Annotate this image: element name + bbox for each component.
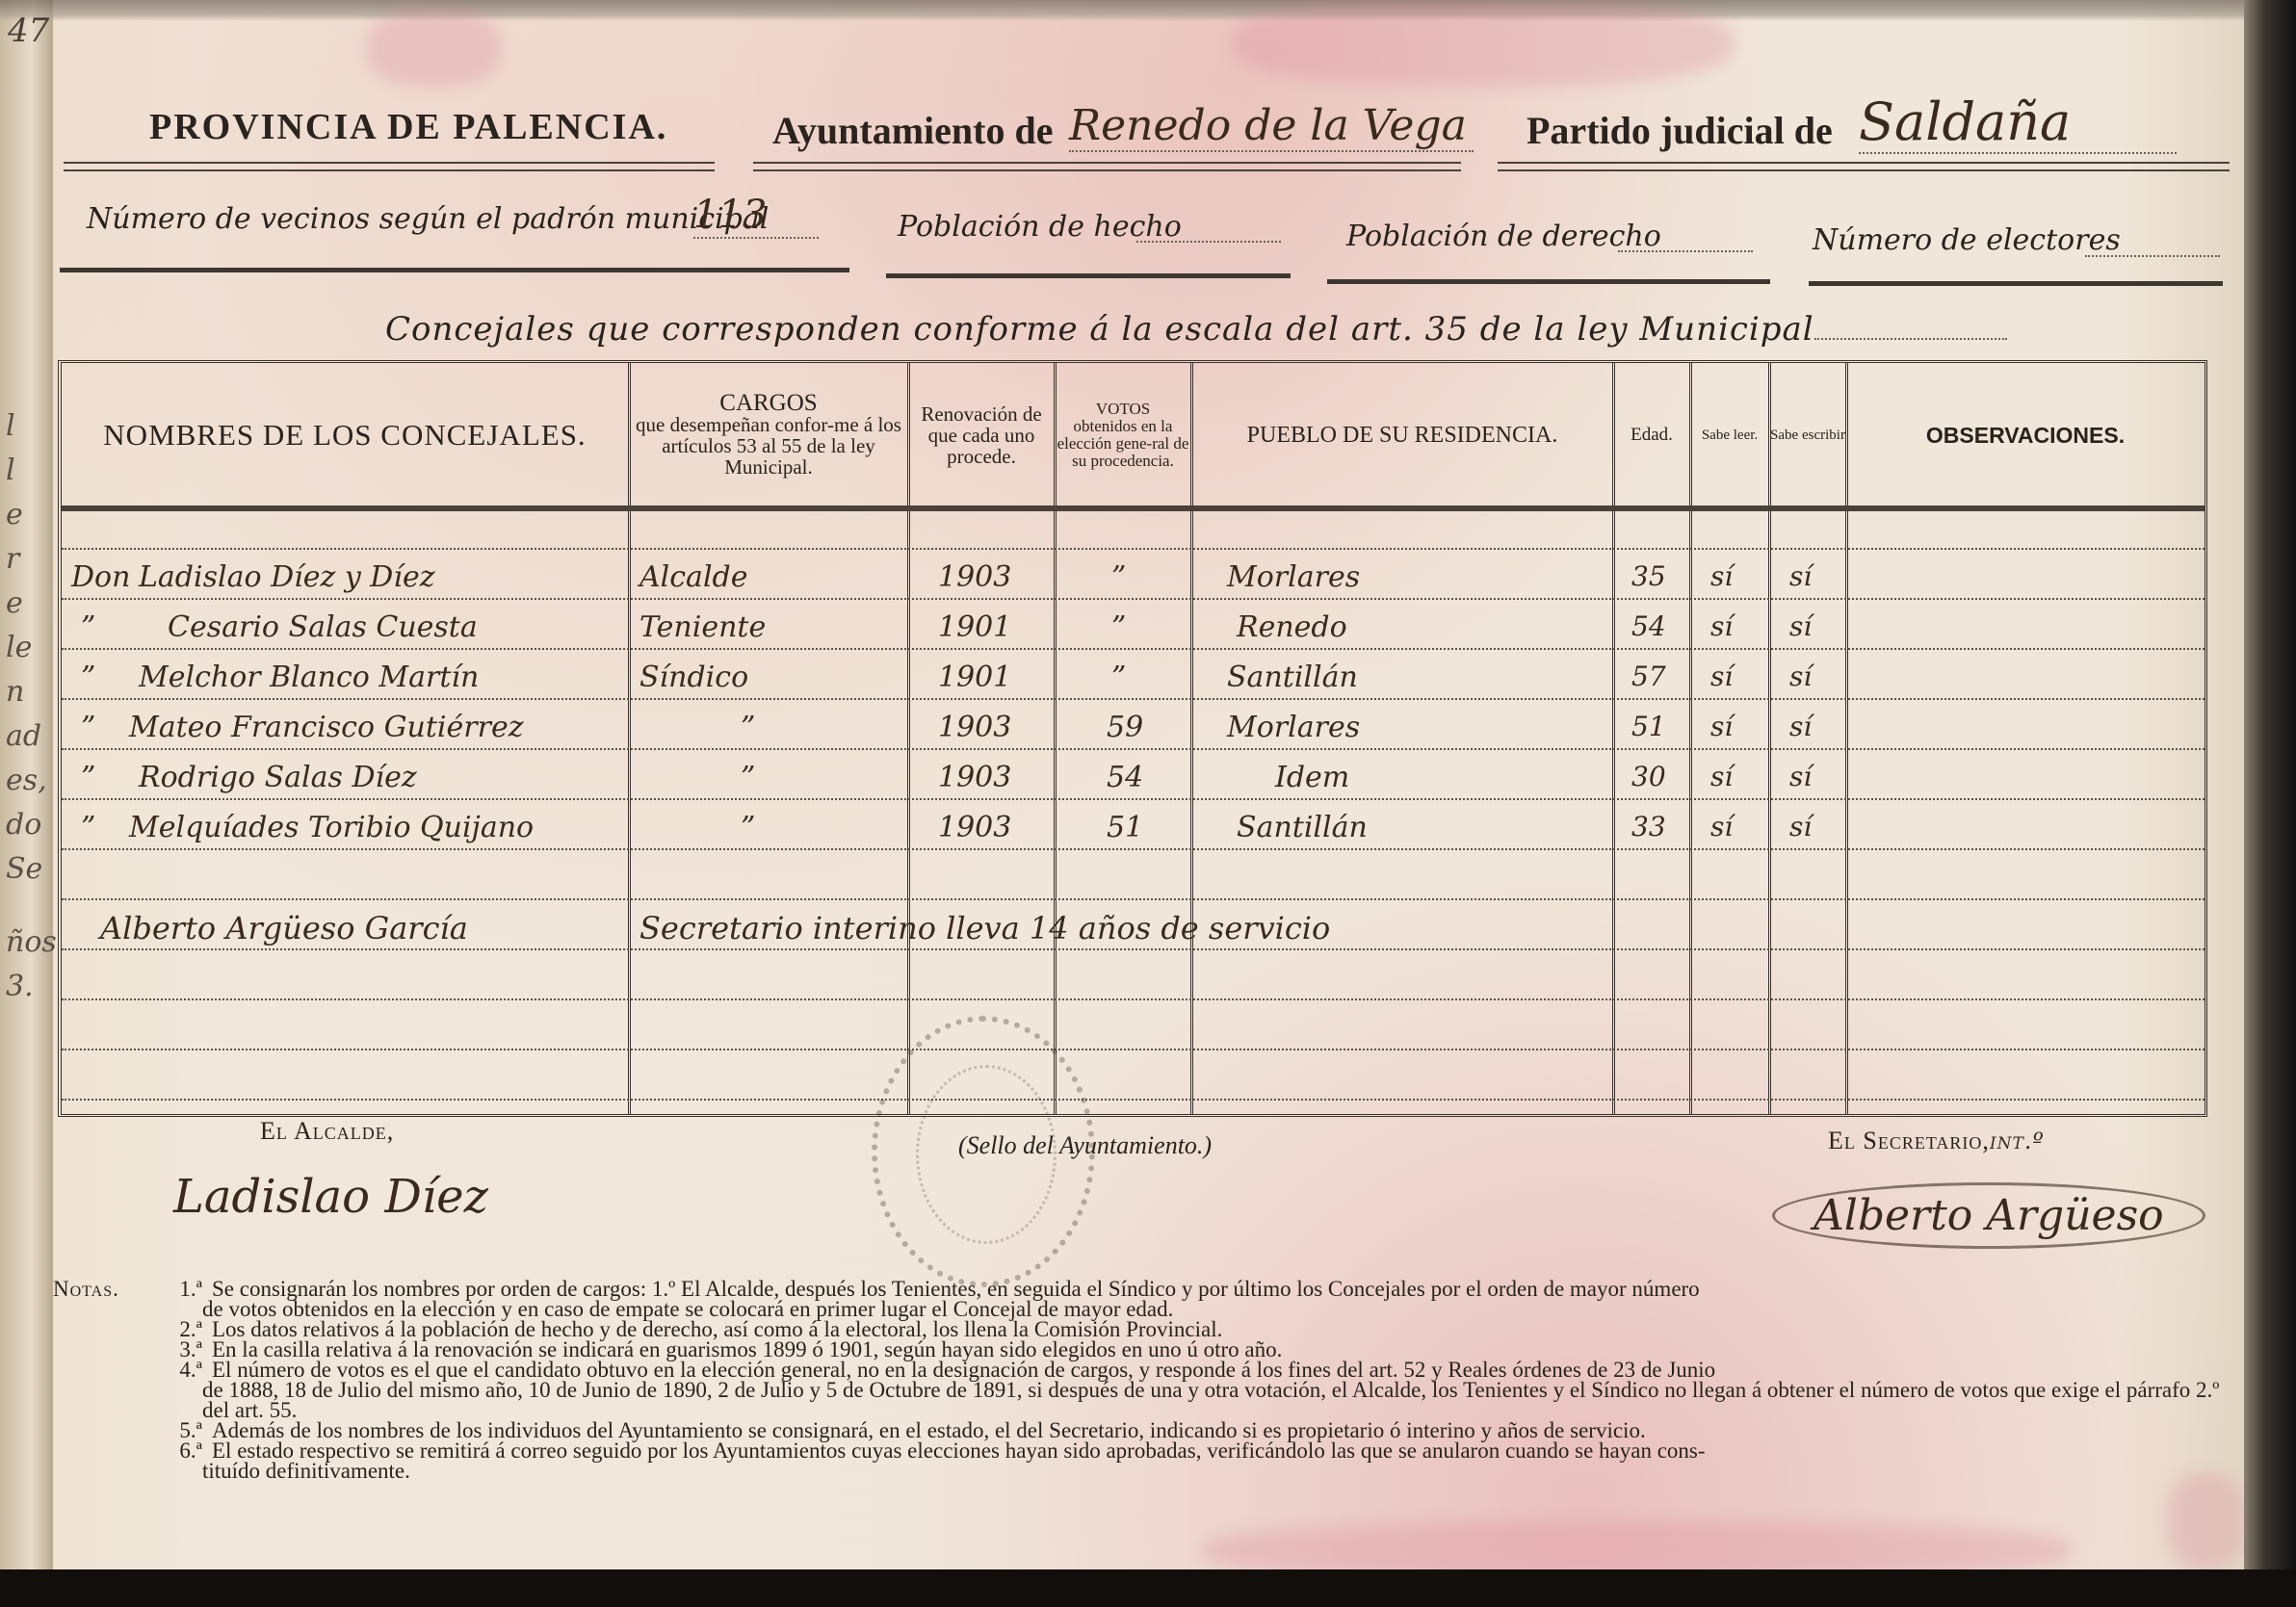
concejales-scale-field[interactable]: [1814, 338, 2007, 340]
row-prefix: ”: [81, 610, 95, 644]
cell-pueblo: Idem: [1275, 761, 1349, 794]
cell-nombre: Ladislao Díez y Díez: [139, 560, 435, 594]
cell-votos: ”: [1111, 560, 1126, 594]
alcalde-label: El Alcalde,: [260, 1117, 394, 1146]
col-header-sabe-escribir: Sabe escribir: [1770, 373, 1845, 498]
row-prefix: ”: [81, 711, 95, 744]
col-header-sabe-leer: Sabe leer.: [1691, 373, 1768, 498]
col-header-edad: Edad.: [1614, 373, 1689, 498]
secretary-detail: Secretario interino lleva 14 años de ser…: [639, 910, 1330, 946]
stain: [366, 10, 501, 87]
book-page-edges: [2244, 0, 2296, 1607]
cell-sabe-escribir: sí: [1789, 560, 1812, 592]
cell-cargo: Teniente: [639, 610, 766, 644]
cell-edad: 35: [1631, 560, 1666, 592]
note-item: 6.ªEl estado respectivo se remitirá á co…: [53, 1440, 2220, 1461]
cell-votos: ”: [1111, 661, 1126, 694]
col-header-observaciones: OBSERVACIONES.: [1847, 373, 2204, 498]
col-header-cargos: CARGOS que desempeñan confor-me á los ar…: [630, 373, 907, 498]
page-curl: [0, 0, 2296, 21]
divider: [753, 162, 1461, 171]
partido-label: Partido judicial de: [1526, 108, 1833, 153]
divider: [1498, 162, 2230, 171]
secretario-signature: Alberto Argüeso: [1772, 1182, 2205, 1249]
cell-pueblo: Morlares: [1227, 711, 1360, 744]
divider: [64, 162, 715, 171]
cell-renovacion: 1901: [938, 661, 1011, 694]
cell-edad: 30: [1631, 761, 1666, 792]
cell-nombre: Cesario Salas Cuesta: [168, 610, 478, 644]
header-rule: [62, 505, 2205, 511]
cell-sabe-escribir: sí: [1789, 711, 1812, 742]
cell-sabe-leer: sí: [1710, 560, 1733, 592]
cell-sabe-leer: sí: [1710, 610, 1733, 642]
divider: [886, 273, 1291, 278]
stain: [2167, 1473, 2244, 1569]
col-header-pueblo: PUEBLO DE SU RESIDENCIA.: [1192, 373, 1612, 498]
cell-cargo: Alcalde: [639, 560, 748, 594]
col-header-renovacion: Renovación de que cada uno procede.: [909, 373, 1054, 498]
row-prefix: ”: [81, 661, 95, 694]
electores-field[interactable]: [2085, 255, 2220, 257]
note-item: Notas. 1.ª Se consignarán los nombres po…: [53, 1279, 2220, 1299]
divider: [1327, 279, 1770, 284]
cell-votos: 54: [1107, 761, 1143, 794]
cell-cargo: ”: [741, 811, 755, 844]
cell-sabe-leer: sí: [1710, 811, 1733, 842]
poblacion-derecho-field[interactable]: [1618, 250, 1753, 252]
note-item: 5.ªAdemás de los nombres de los individu…: [53, 1420, 2220, 1440]
cell-renovacion: 1901: [938, 610, 1011, 644]
cell-sabe-leer: sí: [1710, 711, 1733, 742]
poblacion-derecho-label: Población de derecho: [1346, 220, 1661, 253]
cell-renovacion: 1903: [938, 560, 1011, 594]
notes-label: Notas.: [53, 1279, 159, 1299]
cell-votos: 51: [1107, 811, 1143, 844]
poblacion-hecho-field[interactable]: [1136, 241, 1281, 243]
note-item: 4.ªEl número de votos es el que el candi…: [53, 1360, 2220, 1380]
cell-nombre: Rodrigo Salas Díez: [139, 761, 417, 794]
vecinos-label: Número de vecinos según el padrón munici…: [87, 202, 769, 236]
cell-cargo: ”: [741, 711, 755, 744]
cell-cargo: ”: [741, 761, 755, 794]
col-header-nombres: NOMBRES DE LOS CONCEJALES.: [62, 373, 628, 498]
cell-sabe-escribir: sí: [1789, 811, 1812, 842]
cell-sabe-leer: sí: [1710, 661, 1733, 692]
cell-edad: 33: [1631, 811, 1666, 842]
ayuntamiento-label: Ayuntamiento de: [772, 108, 1053, 153]
cell-pueblo: Santillán: [1227, 661, 1358, 694]
secretario-label: El Secretario,int.º: [1828, 1127, 2045, 1155]
document-page: 47 lle rele nades, doSeños 3. PROVINCIA …: [0, 0, 2263, 1579]
row-prefix: ”: [81, 811, 95, 844]
concejales-scale-line: Concejales que corresponden conforme á l…: [385, 310, 2007, 349]
col-header-votos: VOTOS obtenidos en la elección gene-ral …: [1056, 373, 1190, 498]
cell-pueblo: Renedo: [1237, 610, 1347, 644]
cell-renovacion: 1903: [938, 761, 1011, 794]
province-title: PROVINCIA DE PALENCIA.: [149, 106, 667, 148]
cell-renovacion: 1903: [938, 711, 1011, 744]
row-prefix: ”: [81, 761, 95, 794]
cell-pueblo: Santillán: [1237, 811, 1368, 844]
prior-page-margin: lle rele nades, doSeños 3.: [6, 404, 44, 1009]
stain: [1233, 0, 1734, 87]
notes-section: Notas. 1.ª Se consignarán los nombres po…: [53, 1279, 2220, 1481]
cell-nombre: Melchor Blanco Martín: [139, 661, 479, 694]
electores-label: Número de electores: [1813, 223, 2121, 257]
cell-edad: 54: [1631, 610, 1666, 642]
cell-sabe-leer: sí: [1710, 761, 1733, 792]
alcalde-signature: Ladislao Díez: [173, 1170, 488, 1224]
cell-pueblo: Morlares: [1227, 560, 1360, 594]
note-item: 2.ªLos datos relativos á la población de…: [53, 1319, 2220, 1339]
cell-nombre: Mateo Francisco Gutiérrez: [129, 711, 524, 744]
vecinos-field[interactable]: 113: [693, 193, 819, 239]
poblacion-hecho-label: Población de hecho: [898, 210, 1182, 244]
background-surface: [0, 1569, 2296, 1607]
sello-label: (Sello del Ayuntamiento.): [958, 1131, 1212, 1160]
divider: [1809, 281, 2223, 286]
secretary-name: Alberto Argüeso García: [100, 910, 468, 946]
partido-field[interactable]: Saldaña: [1859, 91, 2177, 154]
cell-edad: 51: [1631, 711, 1666, 742]
cell-sabe-escribir: sí: [1789, 761, 1812, 792]
cell-sabe-escribir: sí: [1789, 610, 1812, 642]
row-prefix: Don: [71, 560, 130, 594]
divider: [60, 268, 849, 272]
concejales-table: NOMBRES DE LOS CONCEJALES. CARGOS que de…: [58, 360, 2207, 1117]
cell-votos: ”: [1111, 610, 1126, 644]
ayuntamiento-field[interactable]: Renedo de la Vega: [1069, 101, 1474, 152]
cell-renovacion: 1903: [938, 811, 1011, 844]
cell-votos: 59: [1107, 711, 1143, 744]
cell-sabe-escribir: sí: [1789, 661, 1812, 692]
cell-nombre: Melquíades Toribio Quijano: [129, 811, 534, 844]
folio-number: 47: [8, 12, 49, 50]
cell-edad: 57: [1631, 661, 1666, 692]
note-item: 3.ªEn la casilla relativa á la renovació…: [53, 1339, 2220, 1360]
cell-cargo: Síndico: [639, 661, 748, 694]
